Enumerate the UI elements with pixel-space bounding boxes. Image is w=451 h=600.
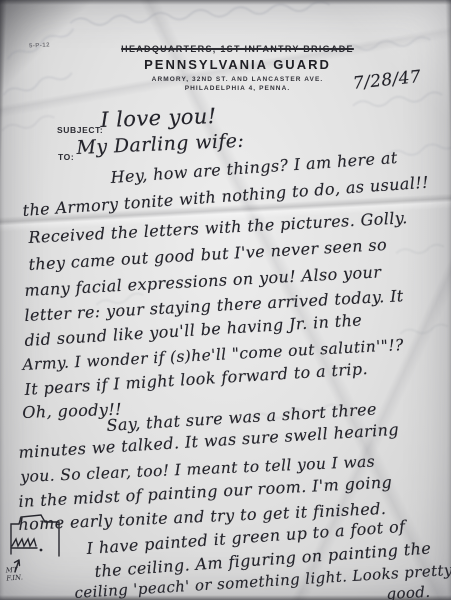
sketch-caption: MT F.IN. [5,565,23,582]
subject-label: SUBJECT: [57,125,103,135]
scanned-letter: 5-P-12 HEADQUARTERS, 1ST INFANTRY BRIGAD… [0,0,451,600]
letterhead-strikethrough-line: HEADQUARTERS, 1ST INFANTRY BRIGADE [24,44,451,54]
sketch-room-outline [11,515,59,556]
sketch-caption-line2: F.IN. [6,573,23,582]
subject-handwritten: I love you! [100,104,217,132]
room-paint-sketch: MT F.IN. [5,510,69,593]
sketch-dot [40,549,43,552]
body-line-19: good. [386,583,431,600]
sketch-hatching [12,539,36,546]
to-label: TO: [58,152,74,162]
